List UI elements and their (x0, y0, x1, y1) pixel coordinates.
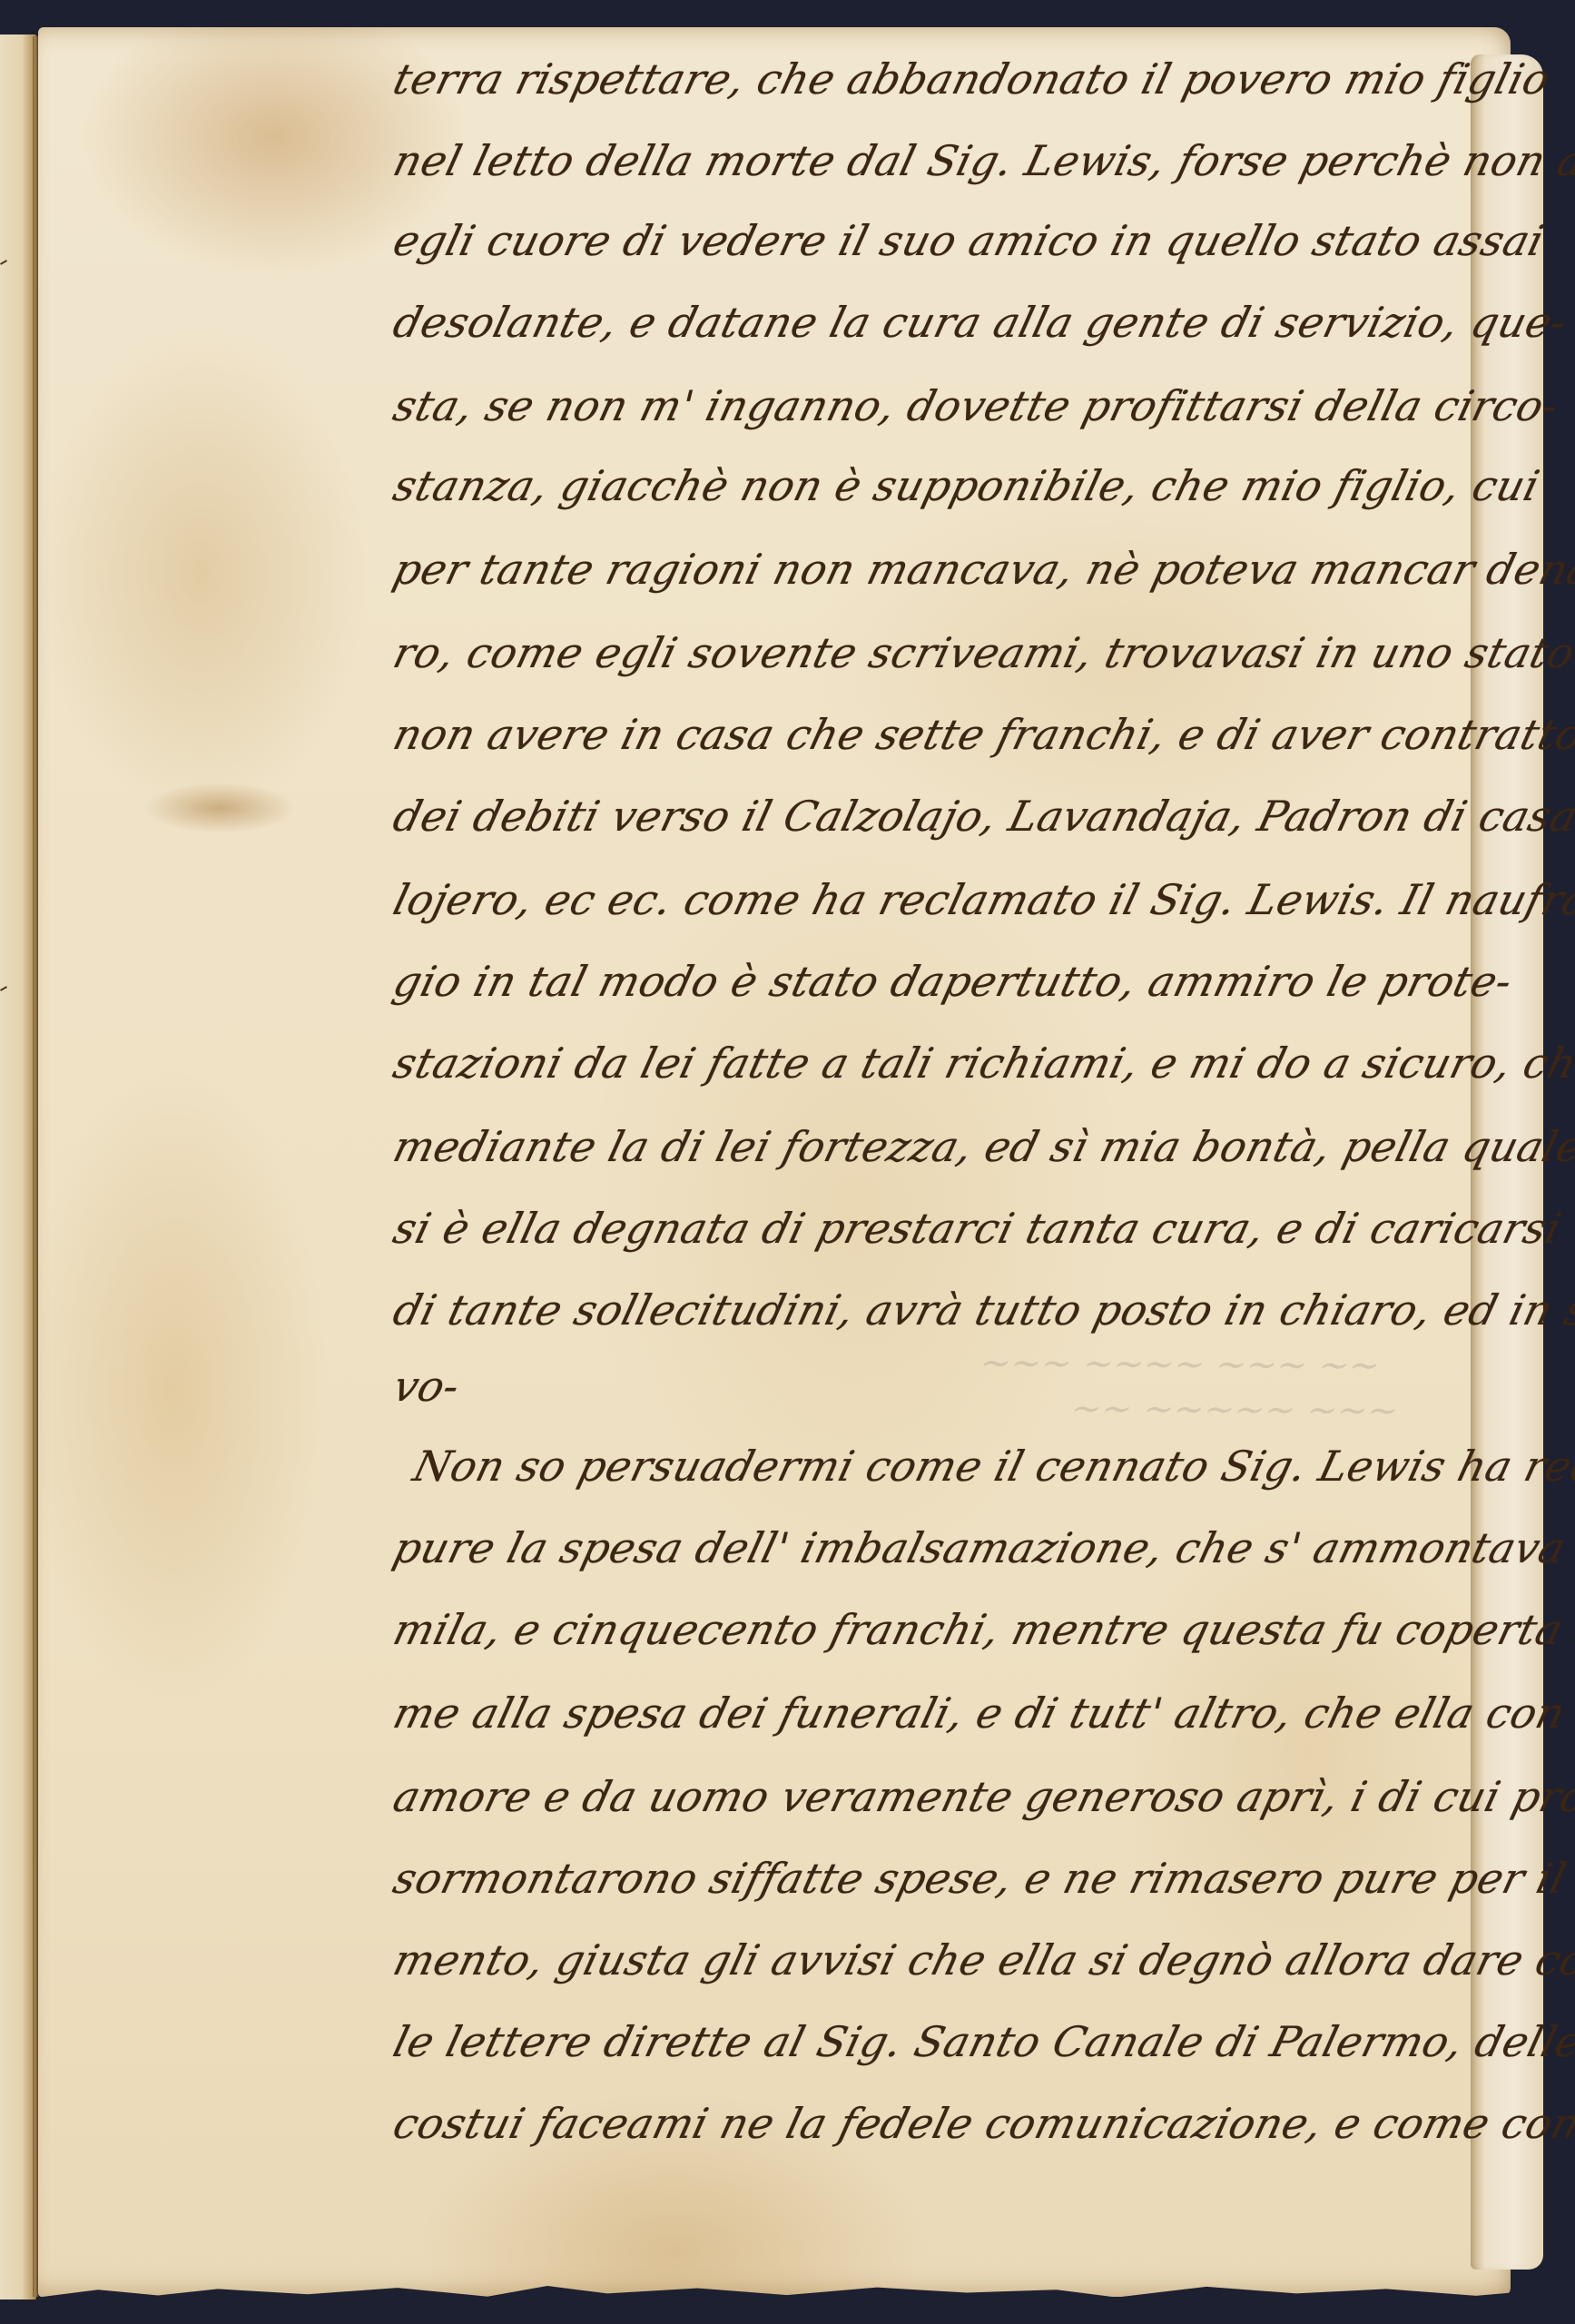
text-line: stanza, giacchè non è supponibile, che m… (389, 461, 1545, 510)
manuscript-scan: ~~~ ~~~~ ~~~ ~~ ~~ ~~~~~ ~~~ terra rispe… (0, 0, 1575, 2324)
text-line: lojero, ec ec. come ha reclamato il Sig.… (389, 875, 1575, 924)
ink-bleed-through: ~~~ ~~~~ ~~~ ~~ (975, 1342, 1384, 1386)
text-line: ro, come egli sovente scriveami, trovava… (389, 628, 1575, 677)
text-line: nel letto della morte dal Sig. Lewis, fo… (389, 136, 1575, 185)
ink-fragment (0, 986, 7, 991)
text-line: desolante, e datane la cura alla gente d… (389, 298, 1572, 347)
ink-bleed-through: ~~ ~~~~~ ~~~ (1066, 1388, 1403, 1433)
text-line: costui faceami ne la fedele comunicazion… (389, 2099, 1575, 2148)
text-line: me alla spesa dei funerali, e di tutt' a… (389, 1689, 1575, 1738)
text-line: stazioni da lei fatte a tali richiami, e… (389, 1039, 1575, 1088)
text-line: egli cuore di vedere il suo amico in que… (389, 216, 1550, 265)
text-line: non avere in casa che sette franchi, e d… (389, 710, 1575, 759)
paragraph-start-line: Non so persuadermi come il cennato Sig. … (409, 1442, 1575, 1491)
text-line: amore e da uomo veramente generoso aprì,… (389, 1772, 1575, 1821)
previous-page-edge (0, 34, 36, 2299)
text-line: di tante sollecitudini, avrà tutto posto… (389, 1285, 1575, 1334)
text-line: terra rispettare, che abbandonato il pov… (389, 54, 1555, 103)
text-line: sta, se non m' inganno, dovette profitta… (389, 381, 1563, 430)
text-line: pure la spesa dell' imbalsamazione, che … (389, 1523, 1575, 1572)
text-line: vo- (389, 1362, 465, 1411)
text-line: gio in tal modo è stato dapertutto, ammi… (389, 957, 1518, 1006)
text-line: dei debiti verso il Calzolajo, Lavandaja… (389, 792, 1575, 841)
text-line: mila, e cinquecento franchi, mentre ques… (389, 1605, 1575, 1654)
text-line: per tante ragioni non mancava, nè poteva… (389, 545, 1575, 594)
text-line: mento, giusta gli avvisi che ella si deg… (389, 1935, 1575, 1984)
text-line: le lettere dirette al Sig. Santo Canale … (389, 2017, 1575, 2066)
ink-fragment (0, 260, 7, 265)
text-line: si è ella degnata di prestarci tanta cur… (389, 1204, 1566, 1253)
text-line: mediante la di lei fortezza, ed sì mia b… (389, 1122, 1575, 1171)
text-line: sormontarono siffatte spese, e ne rimase… (389, 1854, 1575, 1903)
